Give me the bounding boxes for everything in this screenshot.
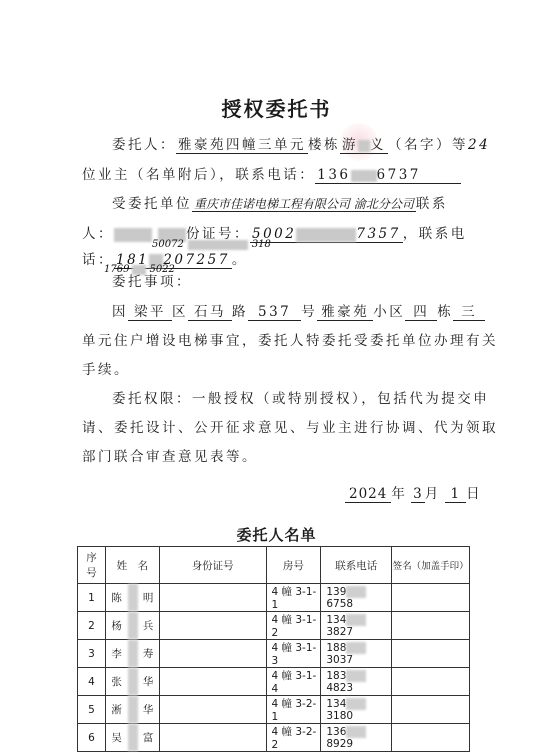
matters-line-2: 单元住户增设电梯事宜，委托人特委托受委托单位办理有关	[82, 329, 498, 349]
principal-phone: 1366737	[315, 167, 461, 184]
street-number: 537	[248, 304, 301, 321]
table-row: 1 陈 明 4 幢 3-1-1 1396758	[78, 584, 470, 612]
document-title: 授权委托书	[0, 93, 553, 122]
redacted-block	[358, 140, 370, 152]
community: 雅豪苑	[317, 304, 373, 321]
scope-line-2: 请、委托设计、公开征求意见、与业主进行协调、代为领取	[82, 416, 498, 436]
redacted-block	[346, 642, 366, 654]
redacted-block	[346, 698, 366, 710]
redacted-block	[346, 586, 366, 598]
matters-label: 委托事项：	[112, 270, 192, 290]
principal-list-title: 委托人名单	[0, 524, 553, 545]
header-name: 姓 名	[105, 547, 159, 584]
table-row: 2 杨 兵 4 幢 3-1-2 1343827	[78, 612, 470, 640]
principal-name: 游义	[340, 137, 388, 154]
table-header-row: 序号 姓 名 身份证号 房号 联系电话 签名（加盖手印）	[78, 547, 470, 584]
redacted-block	[128, 724, 138, 751]
redacted-block	[128, 696, 138, 723]
redacted-block	[128, 668, 138, 695]
redacted-block	[346, 726, 366, 738]
handwritten-count: 24	[468, 137, 490, 153]
redacted-block	[128, 584, 138, 611]
table-row: 4 张 华 4 幢 3-1-4 1834823	[78, 668, 470, 696]
header-room: 房号	[266, 547, 321, 584]
table-row: 6 吴 富 4 幢 3-2-2 1368929	[78, 724, 470, 752]
header-id: 身份证号	[159, 547, 266, 584]
redacted-block	[346, 670, 366, 682]
redacted-block	[128, 612, 138, 639]
principal-building: 雅豪苑四幢三单元	[176, 137, 308, 154]
district: 梁平	[128, 304, 172, 321]
redacted-block	[351, 170, 377, 182]
agent-contact-line: 人：份证号：50027357，联系电	[82, 222, 467, 242]
agent-unit-line: 受委托单位重庆市佳诺电梯工程有限公司 渝北分公司联系	[112, 192, 448, 212]
signing-date: 2024年 3月 1日	[345, 482, 481, 502]
matters-line-1: 因梁平区石马路537号雅豪苑小区四栋三	[112, 300, 485, 320]
matters-line-3: 手续。	[82, 358, 130, 378]
handwritten-agent-unit: 重庆市佳诺电梯工程有限公司 渝北分公司	[192, 197, 416, 212]
handwritten-id-number: 50027357	[250, 226, 403, 243]
scope-line-3: 部门联合审查意见表等。	[82, 445, 258, 465]
header-phone: 联系电话	[321, 547, 392, 584]
redacted-block	[114, 228, 152, 242]
principal-line: 委托人：雅豪苑四幢三单元楼栋游义（名字）等24	[112, 133, 490, 153]
header-no: 序号	[78, 547, 106, 584]
table-row: 5 淅 华 4 幢 3-2-1 1343180	[78, 696, 470, 724]
road: 石马	[188, 304, 232, 321]
principal-phone-line: 位业主（名单附后），联系电话：1366737	[82, 163, 461, 183]
unit-number: 三	[453, 304, 485, 321]
building-number: 四	[405, 304, 437, 321]
header-signature: 签名（加盖手印）	[392, 547, 470, 584]
redacted-block	[346, 614, 366, 626]
scope-line-1: 委托权限：一般授权（或特别授权），包括代为提交申	[112, 387, 489, 407]
table-row: 3 李 寿 4 幢 3-1-3 1883037	[78, 640, 470, 668]
redacted-block	[128, 640, 138, 667]
principal-list-table: 序号 姓 名 身份证号 房号 联系电话 签名（加盖手印） 1 陈 明 4 幢 3…	[77, 546, 470, 752]
